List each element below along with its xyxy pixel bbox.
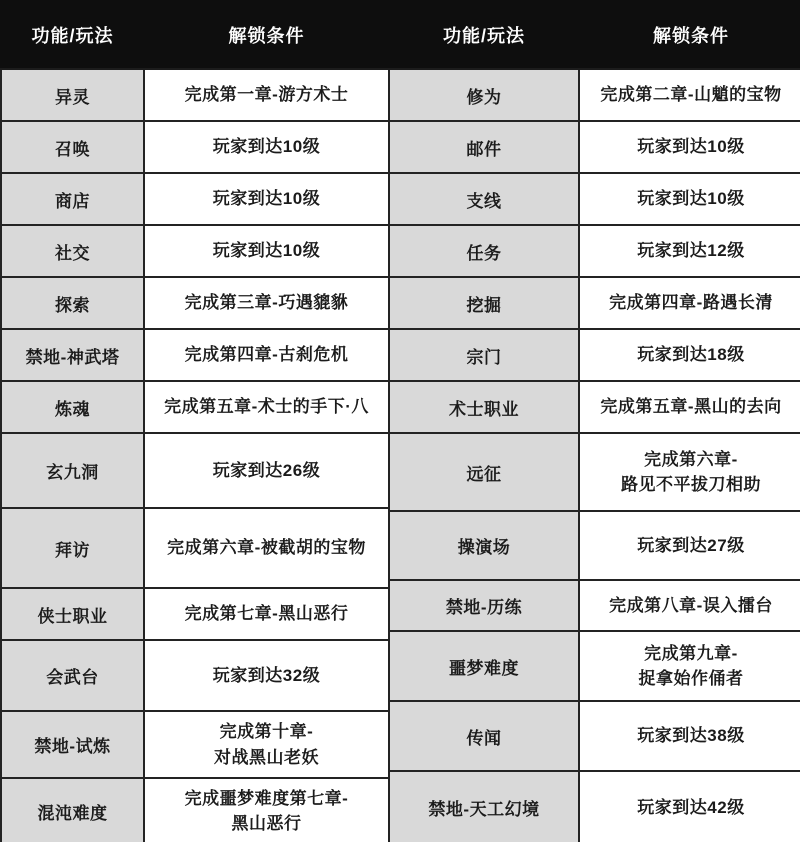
table-row: 探索完成第三章-巧遇貔貅 [1, 277, 389, 329]
condition-cell: 玩家到达10级 [144, 173, 389, 225]
condition-cell: 玩家到达10级 [144, 225, 389, 277]
condition-cell: 完成第七章-黑山恶行 [144, 588, 389, 640]
table-row: 禁地-历练完成第八章-误入擂台 [389, 580, 800, 631]
feature-cell: 拜访 [1, 508, 144, 588]
condition-cell: 玩家到达27级 [579, 511, 800, 580]
column-header-function: 功能/玩法 [389, 1, 579, 69]
feature-cell: 传闻 [389, 701, 579, 771]
feature-cell: 修为 [389, 69, 579, 121]
table-row: 任务玩家到达12级 [389, 225, 800, 277]
feature-cell: 禁地-神武塔 [1, 329, 144, 381]
table-row: 禁地-天工幻境玩家到达42级 [389, 771, 800, 842]
table-row: 商店玩家到达10级 [1, 173, 389, 225]
feature-cell: 邮件 [389, 121, 579, 173]
feature-cell: 侠士职业 [1, 588, 144, 640]
feature-cell: 术士职业 [389, 381, 579, 433]
table-row: 术士职业完成第五章-黑山的去向 [389, 381, 800, 433]
condition-cell: 玩家到达42级 [579, 771, 800, 842]
feature-cell: 禁地-历练 [389, 580, 579, 631]
table-row: 挖掘完成第四章-路遇长清 [389, 277, 800, 329]
feature-cell: 召唤 [1, 121, 144, 173]
condition-cell: 完成第五章-术士的手下·八 [144, 381, 389, 433]
table-row: 玄九洞玩家到达26级 [1, 433, 389, 508]
table-row: 侠士职业完成第七章-黑山恶行 [1, 588, 389, 640]
table-header-row: 功能/玩法 解锁条件 [389, 1, 800, 69]
table-header-row: 功能/玩法 解锁条件 [1, 1, 389, 69]
column-header-condition: 解锁条件 [579, 1, 800, 69]
table-row: 远征完成第六章- 路见不平拔刀相助 [389, 433, 800, 511]
unlock-table-right: 功能/玩法 解锁条件 修为完成第二章-山魈的宝物邮件玩家到达10级支线玩家到达1… [388, 0, 800, 842]
condition-cell: 玩家到达38级 [579, 701, 800, 771]
condition-cell: 完成第十章- 对战黑山老妖 [144, 711, 389, 778]
feature-cell: 社交 [1, 225, 144, 277]
condition-cell: 完成第二章-山魈的宝物 [579, 69, 800, 121]
feature-cell: 操演场 [389, 511, 579, 580]
feature-cell: 远征 [389, 433, 579, 511]
table-row: 传闻玩家到达38级 [389, 701, 800, 771]
condition-cell: 玩家到达10级 [579, 173, 800, 225]
feature-cell: 禁地-试炼 [1, 711, 144, 778]
feature-cell: 挖掘 [389, 277, 579, 329]
feature-cell: 宗门 [389, 329, 579, 381]
table-row: 邮件玩家到达10级 [389, 121, 800, 173]
feature-cell: 玄九洞 [1, 433, 144, 508]
feature-cell: 噩梦难度 [389, 631, 579, 701]
feature-cell: 探索 [1, 277, 144, 329]
condition-cell: 玩家到达12级 [579, 225, 800, 277]
table-row: 炼魂完成第五章-术士的手下·八 [1, 381, 389, 433]
unlock-table-left: 功能/玩法 解锁条件 异灵完成第一章-游方术士召唤玩家到达10级商店玩家到达10… [0, 0, 390, 842]
condition-cell: 完成第四章-古刹危机 [144, 329, 389, 381]
condition-cell: 完成第四章-路遇长清 [579, 277, 800, 329]
feature-cell: 商店 [1, 173, 144, 225]
feature-cell: 禁地-天工幻境 [389, 771, 579, 842]
condition-cell: 玩家到达32级 [144, 640, 389, 711]
feature-cell: 混沌难度 [1, 778, 144, 842]
feature-cell: 任务 [389, 225, 579, 277]
table-row: 会武台玩家到达32级 [1, 640, 389, 711]
condition-cell: 完成第六章-被截胡的宝物 [144, 508, 389, 588]
condition-cell: 完成第八章-误入擂台 [579, 580, 800, 631]
unlock-conditions-page: 功能/玩法 解锁条件 异灵完成第一章-游方术士召唤玩家到达10级商店玩家到达10… [0, 0, 800, 842]
condition-cell: 完成噩梦难度第七章- 黑山恶行 [144, 778, 389, 842]
column-header-condition: 解锁条件 [144, 1, 389, 69]
table-row: 修为完成第二章-山魈的宝物 [389, 69, 800, 121]
feature-cell: 会武台 [1, 640, 144, 711]
column-header-function: 功能/玩法 [1, 1, 144, 69]
table-row: 异灵完成第一章-游方术士 [1, 69, 389, 121]
table-row: 操演场玩家到达27级 [389, 511, 800, 580]
condition-cell: 玩家到达18级 [579, 329, 800, 381]
condition-cell: 完成第一章-游方术士 [144, 69, 389, 121]
table-row: 拜访完成第六章-被截胡的宝物 [1, 508, 389, 588]
condition-cell: 玩家到达10级 [579, 121, 800, 173]
condition-cell: 完成第三章-巧遇貔貅 [144, 277, 389, 329]
table-row: 禁地-神武塔完成第四章-古刹危机 [1, 329, 389, 381]
table-row: 宗门玩家到达18级 [389, 329, 800, 381]
table-row: 混沌难度完成噩梦难度第七章- 黑山恶行 [1, 778, 389, 842]
feature-cell: 异灵 [1, 69, 144, 121]
left-table-body: 异灵完成第一章-游方术士召唤玩家到达10级商店玩家到达10级社交玩家到达10级探… [1, 69, 389, 842]
condition-cell: 完成第九章- 捉拿始作俑者 [579, 631, 800, 701]
condition-cell: 完成第五章-黑山的去向 [579, 381, 800, 433]
condition-cell: 玩家到达26级 [144, 433, 389, 508]
condition-cell: 玩家到达10级 [144, 121, 389, 173]
feature-cell: 支线 [389, 173, 579, 225]
right-table-body: 修为完成第二章-山魈的宝物邮件玩家到达10级支线玩家到达10级任务玩家到达12级… [389, 69, 800, 842]
table-row: 噩梦难度完成第九章- 捉拿始作俑者 [389, 631, 800, 701]
feature-cell: 炼魂 [1, 381, 144, 433]
condition-cell: 完成第六章- 路见不平拔刀相助 [579, 433, 800, 511]
table-row: 禁地-试炼完成第十章- 对战黑山老妖 [1, 711, 389, 778]
table-row: 召唤玩家到达10级 [1, 121, 389, 173]
table-row: 支线玩家到达10级 [389, 173, 800, 225]
table-row: 社交玩家到达10级 [1, 225, 389, 277]
